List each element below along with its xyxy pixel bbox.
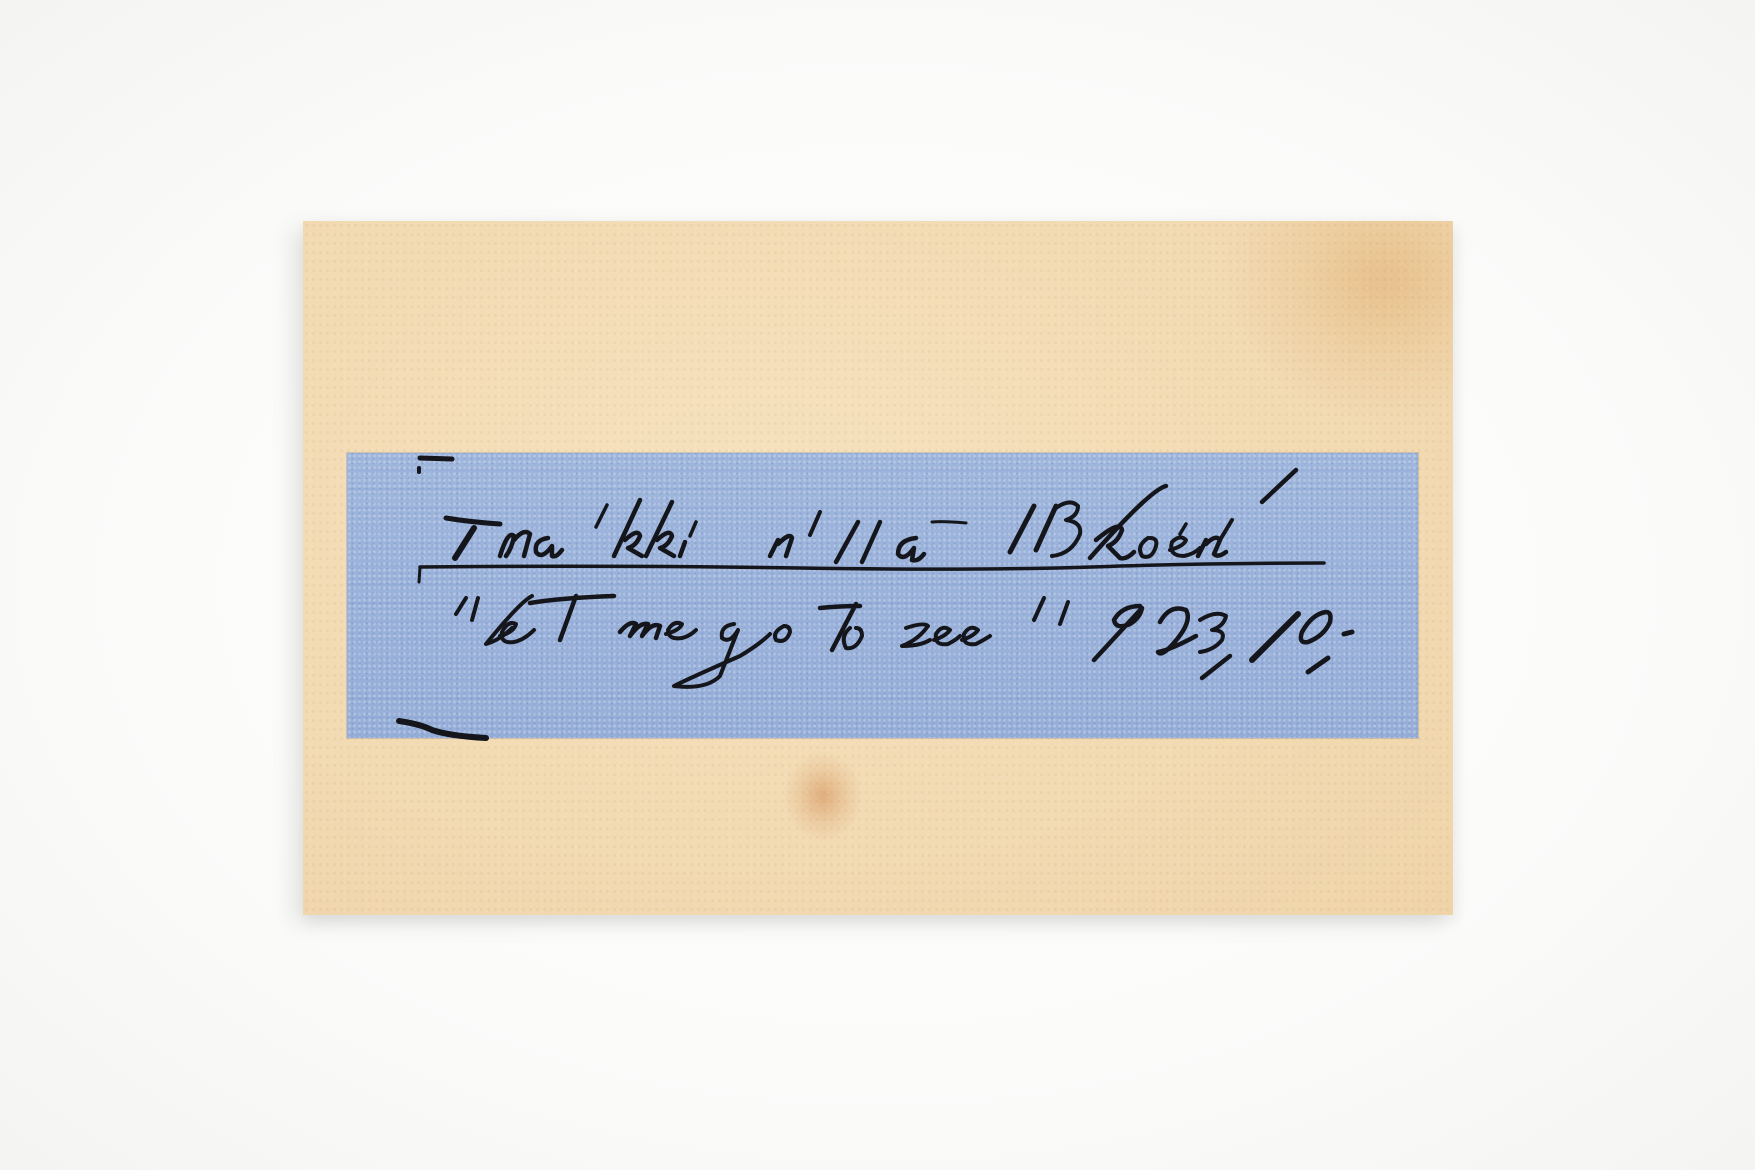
card: [303, 221, 1453, 915]
strip-paper-texture: [347, 453, 1418, 738]
blue-paper-strip: [347, 453, 1418, 738]
